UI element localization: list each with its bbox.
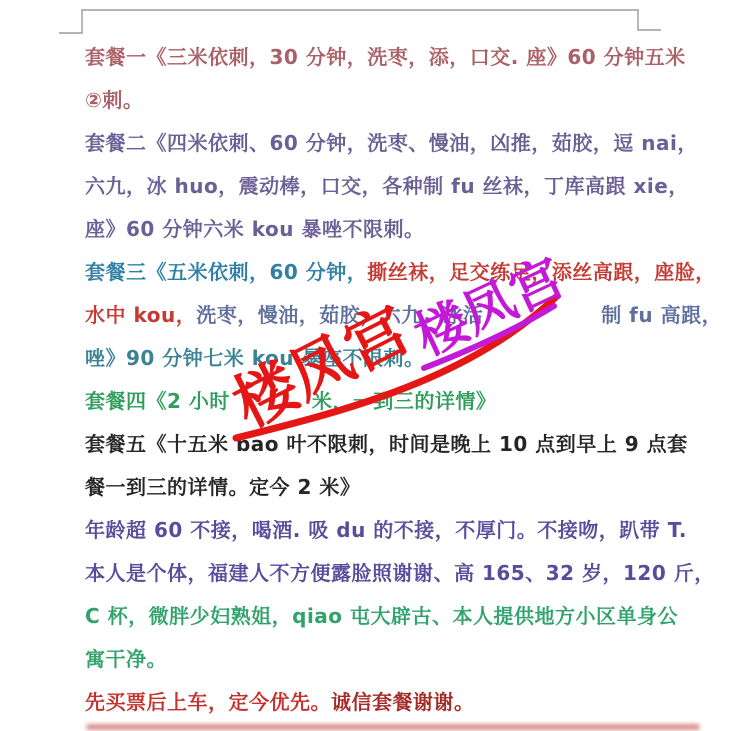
- text-run: 先买票后上车，定今优先。: [85, 690, 331, 714]
- obscured-text-gap: [230, 407, 312, 408]
- text-run: 本人是个体，福建人不方便露脸照谢谢、高 165、32 岁，120 斤，: [85, 561, 715, 585]
- text-line: 座》60 分钟六米 kou 暴唑不限刺。: [85, 208, 685, 251]
- text-line: 套餐三《五米依刺，60 分钟，撕丝袜，足交练足，添丝高跟，座脸，: [85, 251, 685, 294]
- text-run: 水中 kou，: [85, 303, 196, 327]
- text-line: 本人是个体，福建人不方便露脸照谢谢、高 165、32 岁，120 斤，: [85, 552, 685, 595]
- text-line: 年龄超 60 不接，喝酒. 吸 du 的不接，不厚门。不接吻，趴带 T.: [85, 509, 685, 552]
- text-line: 套餐五《十五米 bao 叶不限刺，时间是晚上 10 点到早上 9 点套: [85, 423, 685, 466]
- text-run: 米，一到三的详情》: [312, 389, 497, 413]
- text-line: 套餐二《四米依刺、60 分钟，洗枣、慢油，凶推，茹胶，逗 nai，: [85, 122, 685, 165]
- text-run: 寓干净。: [85, 647, 167, 671]
- text-run: 年龄超 60 不接，喝酒. 吸 du 的不接，不厚门。不接吻，趴带 T.: [85, 518, 687, 542]
- text-line: C 杯，微胖少妇熟姐，qiao 屯大辟古、本人提供地方小区单身公: [85, 595, 685, 638]
- text-line: 寓干净。: [85, 638, 685, 681]
- text-boundary-marks: [59, 10, 661, 33]
- text-run: ②刺。: [85, 88, 143, 112]
- text-line: 水中 kou，洗枣，慢油，茹胶，六九，冰活制 fu 高跟，: [85, 294, 685, 337]
- cutoff-text-line: [86, 724, 700, 730]
- text-run: C 杯，微胖少妇熟姐，qiao 屯大辟古、本人提供地方小区单身公: [85, 604, 678, 628]
- text-run: 座》60 分钟六米 kou 暴唑不限刺。: [85, 217, 424, 241]
- text-line: ②刺。: [85, 79, 685, 122]
- text-line: 套餐一《三米依刺，30 分钟，洗枣，添，口交. 座》60 分钟五米: [85, 36, 685, 79]
- text-run: 套餐三《五米依刺，60 分钟，: [85, 260, 367, 284]
- text-run: 餐一到三的详情。定今 2 米》: [85, 475, 360, 499]
- text-line: 先买票后上车，定今优先。诚信套餐谢谢。: [85, 681, 685, 724]
- text-run: 套餐五《十五米 bao 叶不限刺，时间是晚上 10 点到早上 9 点套: [85, 432, 688, 456]
- text-run: 套餐一《三米依刺，30 分钟，洗枣，添，口交. 座》60 分钟五米: [85, 45, 686, 69]
- text-run: 撕丝袜，足交练足，添丝高跟，座脸，: [367, 260, 716, 284]
- text-run: 六九，冰 huo，震动棒，口交，各种制 fu 丝袜，丁库高跟 xie，: [85, 174, 689, 198]
- text-run: 套餐二《四米依刺、60 分钟，洗枣、慢油，凶推，茹胶，逗 nai，: [85, 131, 698, 155]
- text-run: 诚信套餐谢谢。: [331, 690, 475, 714]
- text-line: 套餐四《2 小时米，一到三的详情》: [85, 380, 685, 423]
- document-page: 套餐一《三米依刺，30 分钟，洗枣，添，口交. 座》60 分钟五米②刺。套餐二《…: [0, 0, 744, 731]
- text-run: 洗枣，慢油，茹胶，六九，冰活: [196, 303, 483, 327]
- obscured-text-gap: [483, 321, 601, 322]
- document-text: 套餐一《三米依刺，30 分钟，洗枣，添，口交. 座》60 分钟五米②刺。套餐二《…: [85, 36, 685, 724]
- text-line: 餐一到三的详情。定今 2 米》: [85, 466, 685, 509]
- text-line: 六九，冰 huo，震动棒，口交，各种制 fu 丝袜，丁库高跟 xie，: [85, 165, 685, 208]
- text-line: 唑》90 分钟七米 kou 暴座不限刺。: [85, 337, 685, 380]
- text-run: 制 fu 高跟，: [601, 303, 722, 327]
- text-run: 套餐四《2 小时: [85, 389, 230, 413]
- text-run: 唑》90 分钟七米 kou 暴座不限刺。: [85, 346, 424, 370]
